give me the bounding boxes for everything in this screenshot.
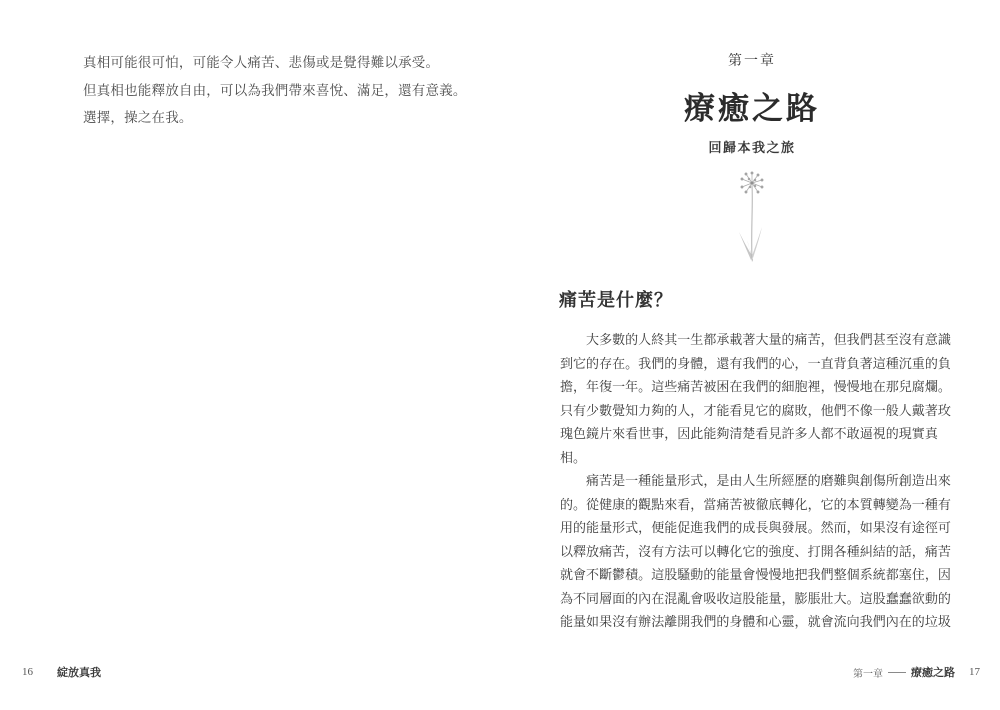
book-spread: 真相可能很可怕，可能令人痛苦、悲傷或是覺得難以承受。 但真相也能釋放自由，可以為… — [0, 0, 1000, 710]
left-page-footer: 16 綻放真我 — [22, 664, 101, 680]
epigraph-text: 真相可能很可怕，可能令人痛苦、悲傷或是覺得難以承受。 但真相也能釋放自由，可以為… — [83, 49, 513, 132]
right-page-footer: 第一章 療癒之路 17 — [853, 664, 980, 680]
running-book-title: 綻放真我 — [57, 664, 101, 680]
body-paragraph: 痛苦是一種能量形式，是由人生所經歷的磨難與創傷所創造出來 的。從健康的觀點來看，… — [560, 469, 952, 634]
section-heading: 痛苦是什麼？ — [559, 286, 673, 312]
footer-dash-rule — [888, 672, 906, 673]
chapter-subtitle: 回歸本我之旅 — [560, 137, 944, 156]
body-paragraph: 大多數的人終其一生都承載著大量的痛苦，但我們甚至沒有意識 到它的存在。我們的身體… — [560, 328, 952, 469]
chapter-number-label: 第一章 — [560, 50, 944, 70]
body-text: 大多數的人終其一生都承載著大量的痛苦，但我們甚至沒有意識 到它的存在。我們的身體… — [560, 328, 952, 634]
running-chapter-label: 第一章 — [853, 665, 883, 680]
right-page-number: 17 — [969, 666, 980, 678]
running-chapter-title: 療癒之路 — [911, 664, 955, 680]
dandelion-flower-icon — [729, 170, 775, 266]
left-page: 真相可能很可怕，可能令人痛苦、悲傷或是覺得難以承受。 但真相也能釋放自由，可以為… — [0, 0, 500, 710]
chapter-title: 療癒之路 — [560, 83, 944, 128]
left-page-number: 16 — [22, 666, 33, 678]
